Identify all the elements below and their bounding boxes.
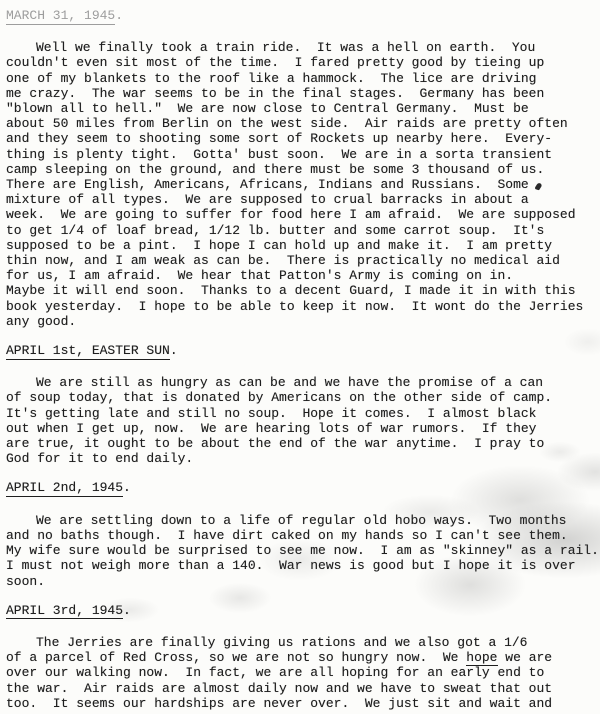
heading-period: . xyxy=(123,603,131,618)
text-line: week. We are going to suffer for food he… xyxy=(6,207,598,222)
text-line: of a parcel of Red Cross, so we are not … xyxy=(6,650,598,665)
text-line: mixture of all types. We are supposed to… xyxy=(6,192,598,207)
entry-body-april-2: We are settling down to a life of regula… xyxy=(6,513,598,589)
entry-body-april-1: We are still as hungry as can be and we … xyxy=(6,375,598,466)
underlined-word-hope: hope xyxy=(466,650,497,666)
heading-text: APRIL 1st, EASTER SUN xyxy=(6,343,170,360)
text-line: My wife sure would be surprised to see m… xyxy=(6,543,598,558)
text-line: and no baths though. I have dirt caked o… xyxy=(6,528,598,543)
text-segment: we are xyxy=(498,650,553,665)
text-line: camp sleeping on the ground, and there m… xyxy=(6,162,598,177)
heading-text: APRIL 2nd, 1945 xyxy=(6,480,123,497)
text-line: to get 1/4 of loaf bread, 1/12 lb. butte… xyxy=(6,223,598,238)
text-line: of soup today, that is donated by Americ… xyxy=(6,390,598,405)
text-line: thing is plenty tight. Gotta' bust soon.… xyxy=(6,147,598,162)
entry-heading-april-2: APRIL 2nd, 1945. xyxy=(6,480,598,495)
text-line: "blown all to hell." We are now close to… xyxy=(6,101,598,116)
text-line: supposed to be a pint. I hope I can hold… xyxy=(6,238,598,253)
heading-period: . xyxy=(170,343,178,358)
heading-period: . xyxy=(123,480,131,495)
text-line: We are settling down to a life of regula… xyxy=(6,513,598,528)
text-line: out when I get up, now. We are hearing l… xyxy=(6,421,598,436)
text-line: are true, it ought to be about the end o… xyxy=(6,436,598,451)
diary-page: MARCH 31, 1945. Well we finally took a t… xyxy=(0,0,600,714)
text-line: soon. xyxy=(6,574,598,589)
text-line: Well we finally took a train ride. It wa… xyxy=(6,40,598,55)
entry-body-march-31: Well we finally took a train ride. It wa… xyxy=(6,40,598,329)
heading-period: . xyxy=(115,8,123,23)
entry-heading-april-1: APRIL 1st, EASTER SUN. xyxy=(6,343,598,358)
text-line: book yesterday. I hope to be able to kee… xyxy=(6,299,598,314)
heading-text: APRIL 3rd, 1945 xyxy=(6,603,123,620)
text-line: We are still as hungry as can be and we … xyxy=(6,375,598,390)
text-line: any good. xyxy=(6,314,598,329)
text-line: for us, I am afraid. We hear that Patton… xyxy=(6,268,598,283)
text-line: too. It seems our hardships are never ov… xyxy=(6,696,598,711)
entry-heading-april-3: APRIL 3rd, 1945. xyxy=(6,603,598,618)
text-line: the war. Air raids are almost daily now … xyxy=(6,681,598,696)
text-line: and they seem to shooting some sort of R… xyxy=(6,131,598,146)
text-line: Maybe it will end soon. Thanks to a dece… xyxy=(6,283,598,298)
text-line: one of my blankets to the roof like a ha… xyxy=(6,71,598,86)
text-line: It's getting late and still no soup. Hop… xyxy=(6,406,598,421)
text-line: me crazy. The war seems to be in the fin… xyxy=(6,86,598,101)
text-line: about 50 miles from Berlin on the west s… xyxy=(6,116,598,131)
text-segment: of a parcel of Red Cross, so we are not … xyxy=(6,650,466,665)
entry-body-april-3: The Jerries are finally giving us ration… xyxy=(6,635,598,711)
text-line: over our walking now. In fact, we are al… xyxy=(6,665,598,680)
text-line: couldn't even sit most of the time. I fa… xyxy=(6,55,598,70)
entry-heading-march-31: MARCH 31, 1945. xyxy=(6,8,598,23)
text-line: There are English, Americans, Africans, … xyxy=(6,177,598,192)
heading-text: MARCH 31, 1945 xyxy=(6,8,115,25)
text-line: I must not weigh more than a 140. War ne… xyxy=(6,558,598,573)
text-line: God for it to end daily. xyxy=(6,451,598,466)
text-line: thin now, and I am weak as can be. There… xyxy=(6,253,598,268)
scanned-diary-sheet: MARCH 31, 1945. Well we finally took a t… xyxy=(0,0,600,714)
text-line: The Jerries are finally giving us ration… xyxy=(6,635,598,650)
